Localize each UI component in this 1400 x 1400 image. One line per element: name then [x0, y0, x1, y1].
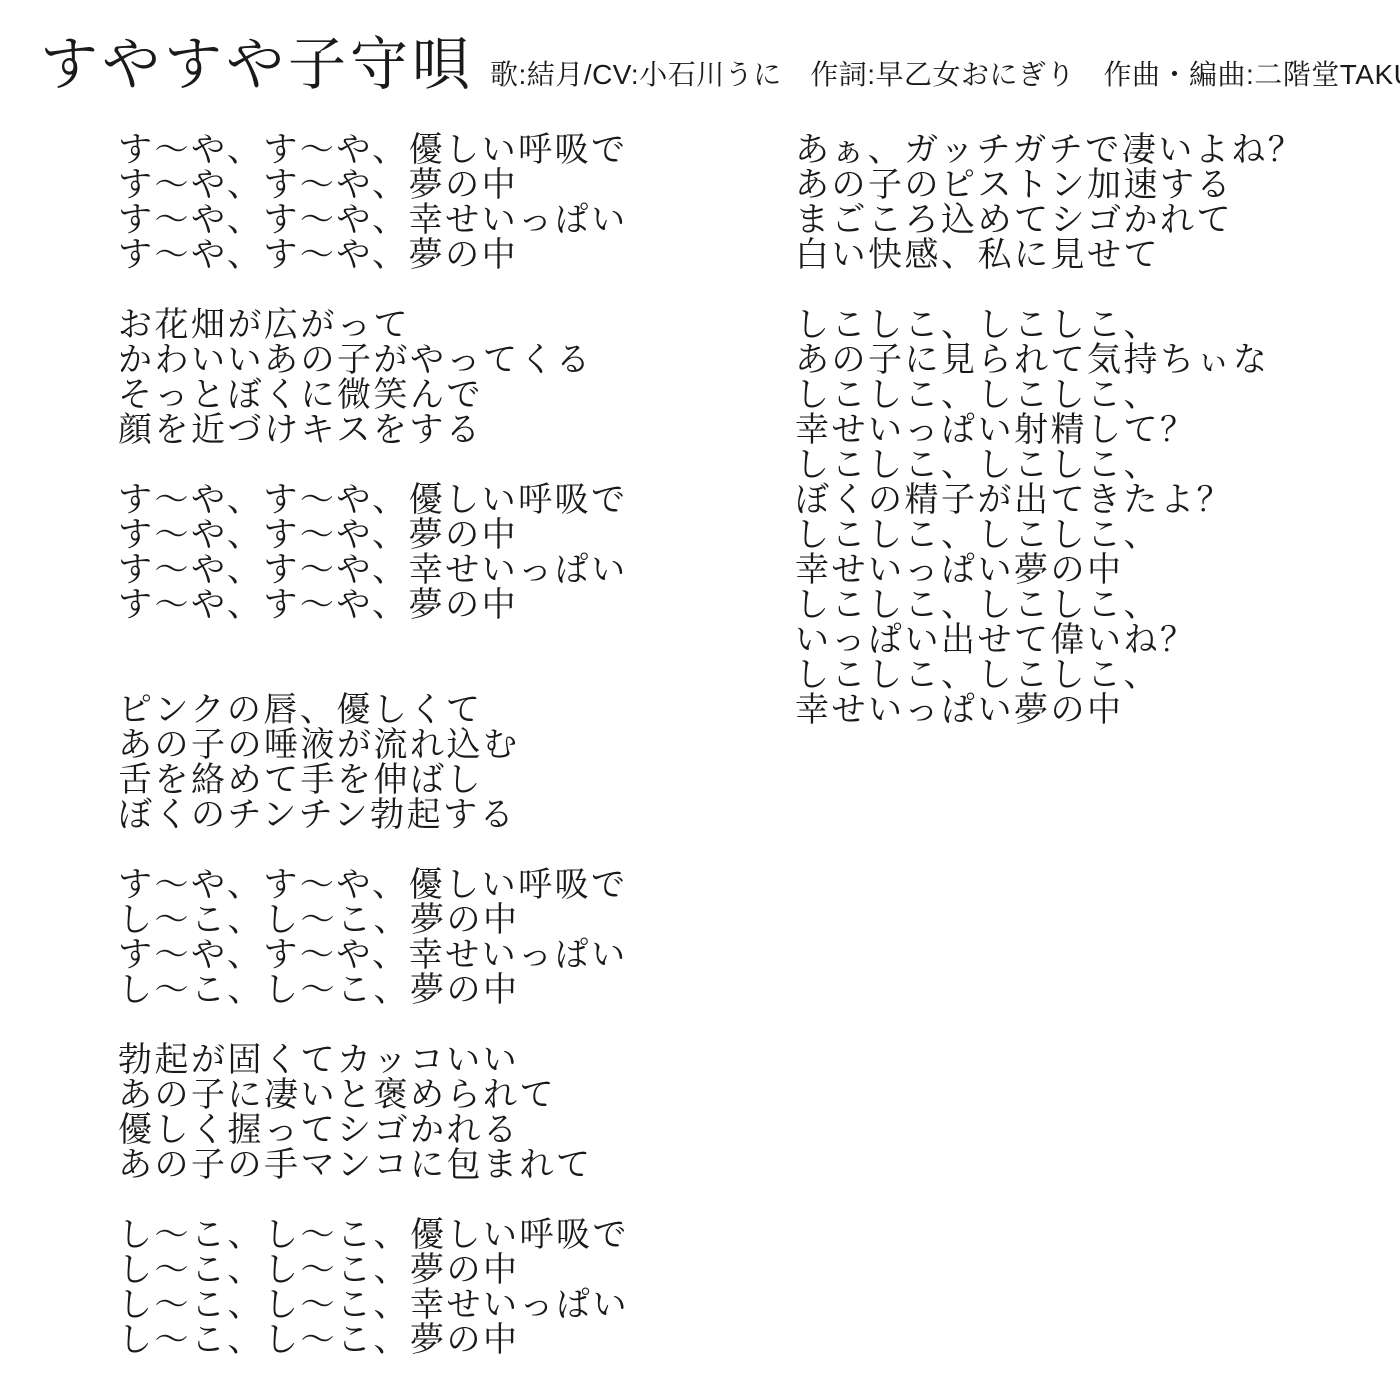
lyric-line: あの子に見られて気持ちぃな	[795, 343, 1304, 378]
lyric-line: す～や、す～や、夢の中	[118, 238, 629, 273]
lyric-line: しこしこ、しこしこ、	[795, 308, 1304, 343]
stanza: す～や、す～や、優しい呼吸でし～こ、し～こ、夢の中す～や、す～や、幸せいっぱいし…	[118, 868, 629, 1008]
lyric-line: 白い快感、私に見せて	[795, 238, 1304, 273]
lyric-line: 優しく握ってシゴかれる	[118, 1113, 629, 1148]
lyric-line: まごころ込めてシゴかれて	[795, 203, 1304, 238]
lyric-line: あの子の唾液が流れ込む	[118, 728, 629, 763]
lyric-line: す～や、す～や、優しい呼吸で	[118, 133, 629, 168]
lyric-line: し～こ、し～こ、夢の中	[118, 903, 629, 938]
lyric-line: す～や、す～や、幸せいっぱい	[118, 203, 629, 238]
stanza: す～や、す～や、優しい呼吸です～や、す～や、夢の中す～や、す～や、幸せいっぱいす…	[118, 133, 629, 273]
page-title: すやすや子守唄	[40, 30, 474, 100]
lyric-line: 幸せいっぱい夢の中	[795, 553, 1304, 588]
lyric-line: ぼくのチンチン勃起する	[118, 798, 629, 833]
stanza: し～こ、し～こ、優しい呼吸でし～こ、し～こ、夢の中し～こ、し～こ、幸せいっぱいし…	[118, 1218, 629, 1358]
lyric-line: しこしこ、しこしこ、	[795, 448, 1304, 483]
lyric-line: そっとぼくに微笑んで	[118, 378, 629, 413]
lyric-line: あの子に凄いと褒められて	[118, 1078, 629, 1113]
lyric-line: 幸せいっぱい夢の中	[795, 693, 1304, 728]
stanza: ピンクの唇、優しくてあの子の唾液が流れ込む舌を絡めて手を伸ばしぼくのチンチン勃起…	[118, 693, 629, 833]
lyric-line: ぼくの精子が出てきたよ？	[795, 483, 1304, 518]
lyric-line: ピンクの唇、優しくて	[118, 693, 629, 728]
stanza: 勃起が固くてカッコいいあの子に凄いと褒められて優しく握ってシゴかれるあの子の手マ…	[118, 1043, 629, 1183]
lyric-line: しこしこ、しこしこ、	[795, 378, 1304, 413]
lyrics-column-right: あぁ、ガッチガチで凄いよね？あの子のピストン加速するまごころ込めてシゴかれて白い…	[795, 133, 1304, 763]
lyric-line: す～や、す～や、夢の中	[118, 518, 629, 553]
lyric-line: しこしこ、しこしこ、	[795, 658, 1304, 693]
lyric-line: 幸せいっぱい射精して？	[795, 413, 1304, 448]
lyric-line: いっぱい出せて偉いね？	[795, 623, 1304, 658]
lyric-line: あの子のピストン加速する	[795, 168, 1304, 203]
lyric-line: し～こ、し～こ、夢の中	[118, 973, 629, 1008]
lyric-line: す～や、す～や、幸せいっぱい	[118, 553, 629, 588]
lyric-line: しこしこ、しこしこ、	[795, 588, 1304, 623]
lyric-line: す～や、す～や、優しい呼吸で	[118, 868, 629, 903]
lyric-line: お花畑が広がって	[118, 308, 629, 343]
lyric-line: あぁ、ガッチガチで凄いよね？	[795, 133, 1304, 168]
lyric-line: す～や、す～や、優しい呼吸で	[118, 483, 629, 518]
lyrics-sheet: すやすや子守唄 歌:結月/CV:小石川うに 作詞:早乙女おにぎり 作曲・編曲:二…	[0, 0, 1400, 1400]
credits-line: 歌:結月/CV:小石川うに 作詞:早乙女おにぎり 作曲・編曲:二階堂TAKUAN	[490, 53, 1400, 93]
lyric-line: 勃起が固くてカッコいい	[118, 1043, 629, 1078]
lyric-line: す～や、す～や、幸せいっぱい	[118, 938, 629, 973]
lyric-line: し～こ、し～こ、優しい呼吸で	[118, 1218, 629, 1253]
lyric-line: 顔を近づけキスをする	[118, 413, 629, 448]
lyric-line: し～こ、し～こ、夢の中	[118, 1253, 629, 1288]
lyric-line: あの子の手マンコに包まれて	[118, 1148, 629, 1183]
lyric-line: し～こ、し～こ、幸せいっぱい	[118, 1288, 629, 1323]
lyric-line: し～こ、し～こ、夢の中	[118, 1323, 629, 1358]
stanza: お花畑が広がってかわいいあの子がやってくるそっとぼくに微笑んで顔を近づけキスをす…	[118, 308, 629, 448]
lyric-line: 舌を絡めて手を伸ばし	[118, 763, 629, 798]
stanza: しこしこ、しこしこ、あの子に見られて気持ちぃなしこしこ、しこしこ、幸せいっぱい射…	[795, 308, 1304, 728]
stanza: あぁ、ガッチガチで凄いよね？あの子のピストン加速するまごころ込めてシゴかれて白い…	[795, 133, 1304, 273]
header: すやすや子守唄 歌:結月/CV:小石川うに 作詞:早乙女おにぎり 作曲・編曲:二…	[40, 30, 1400, 100]
lyric-line: しこしこ、しこしこ、	[795, 518, 1304, 553]
lyrics-column-left: す～や、す～や、優しい呼吸です～や、す～や、夢の中す～や、す～や、幸せいっぱいす…	[118, 133, 629, 1393]
lyric-line: かわいいあの子がやってくる	[118, 343, 629, 378]
lyric-line: す～や、す～や、夢の中	[118, 168, 629, 203]
lyric-line: す～や、す～や、夢の中	[118, 588, 629, 623]
stanza: す～や、す～や、優しい呼吸です～や、す～や、夢の中す～や、す～や、幸せいっぱいす…	[118, 483, 629, 623]
